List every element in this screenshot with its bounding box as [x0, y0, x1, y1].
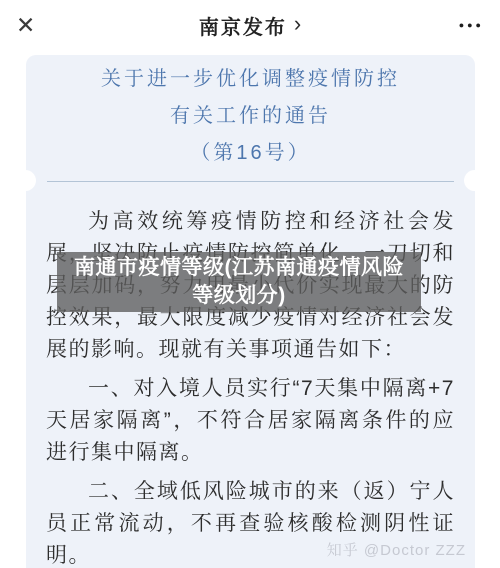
caption-line-1: 南通市疫情等级(江苏南通疫情风险 — [74, 254, 404, 282]
notice-title-line-1: 关于进一步优化调整疫情防控 — [26, 61, 475, 98]
notice-title: 关于进一步优化调整疫情防控 有关工作的通告 （第16号） — [26, 55, 475, 172]
more-options-icon[interactable]: ●●● — [459, 21, 484, 30]
notice-title-line-3: （第16号） — [26, 135, 475, 172]
topbar-title-group[interactable]: 南京发布 › — [0, 0, 500, 50]
account-name: 南京发布 — [199, 11, 287, 40]
card-notch-right — [464, 170, 485, 191]
chevron-right-icon: › — [294, 13, 301, 35]
card-notch-left — [15, 170, 36, 191]
topbar: ✕ 南京发布 › ●●● — [0, 0, 500, 50]
title-divider — [47, 181, 454, 182]
caption-line-2: 等级划分) — [192, 282, 286, 310]
notice-paragraph-item1: 一、对入境人员实行“7天集中隔离+7天居家隔离”，不符合居家隔离条件的应进行集中… — [46, 373, 455, 469]
zhihu-watermark: 知乎 @Doctor ZZZ — [327, 539, 466, 560]
close-icon[interactable]: ✕ — [16, 14, 35, 37]
notice-title-line-2: 有关工作的通告 — [26, 98, 475, 135]
caption-overlay: 南通市疫情等级(江苏南通疫情风险 等级划分) — [57, 252, 421, 312]
